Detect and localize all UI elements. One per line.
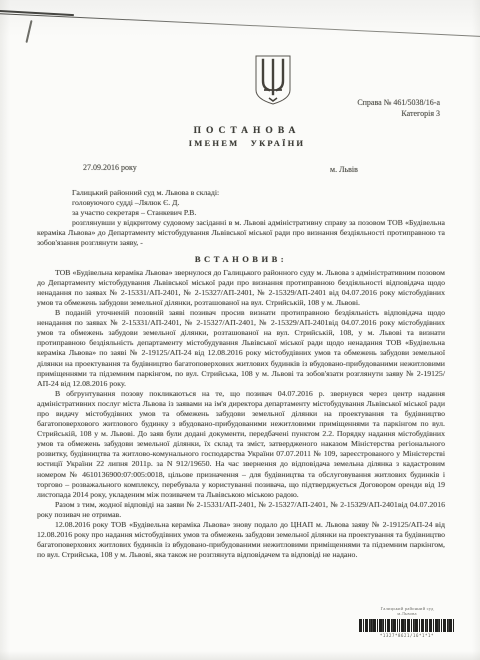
decision-date: 27.09.2016 року <box>83 163 137 172</box>
stamp-court-city: м.Львова <box>352 611 462 616</box>
section-heading-vstanoviv: ВСТАНОВИВ: <box>37 254 445 264</box>
body-paragraph: ТОВ «Будівельна кераміка Львова» звернул… <box>37 268 445 308</box>
body-paragraph: Разом з тим, жодної відповіді на заяви №… <box>37 500 445 520</box>
pen-slash-mark <box>25 20 32 43</box>
case-info-block: Справа № 461/5038/16-а Категорія 3 <box>357 97 440 119</box>
body-paragraph: В поданій уточненій позовній заяві позив… <box>37 308 445 389</box>
body-paragraph: 12.08.2016 року ТОВ «Будівельна кераміка… <box>37 520 445 560</box>
barcode-number: *1327*8621/16*1*1* <box>352 633 462 638</box>
case-number: Справа № 461/5038/16-а <box>357 97 440 108</box>
decision-city: м. Львів <box>330 165 358 174</box>
document-subtitle: ІМЕНЕМ УКРАЇНИ <box>14 138 480 148</box>
document-title: ПОСТАНОВА <box>14 126 480 136</box>
case-category: Категорія 3 <box>357 108 440 119</box>
case-description-paragraph: розглянувши у відкритому судовому засіда… <box>37 218 445 248</box>
document-body: Галицький районний суд м. Львова в склад… <box>37 188 445 560</box>
body-paragraph: В обгрунтування позову покликаються на т… <box>37 389 445 500</box>
secretary-line: за участю секретаря – Станкевич Р.В. <box>72 208 445 218</box>
scan-edge-line <box>0 13 480 38</box>
scanned-court-decision-page: Справа № 461/5038/16-а Категорія 3 ПОСТА… <box>0 0 480 660</box>
court-composition-line: Галицький районний суд м. Львова в склад… <box>72 188 445 198</box>
document-title-block: ПОСТАНОВА ІМЕНЕМ УКРАЇНИ <box>0 126 480 148</box>
registration-barcode <box>359 619 455 632</box>
court-registration-stamp: Галицький районний суд м.Львова *1327*86… <box>352 606 462 638</box>
judge-line: головуючого судді –Лялюк Є. Д. <box>72 198 445 208</box>
ukraine-coat-of-arms-icon <box>251 54 295 106</box>
